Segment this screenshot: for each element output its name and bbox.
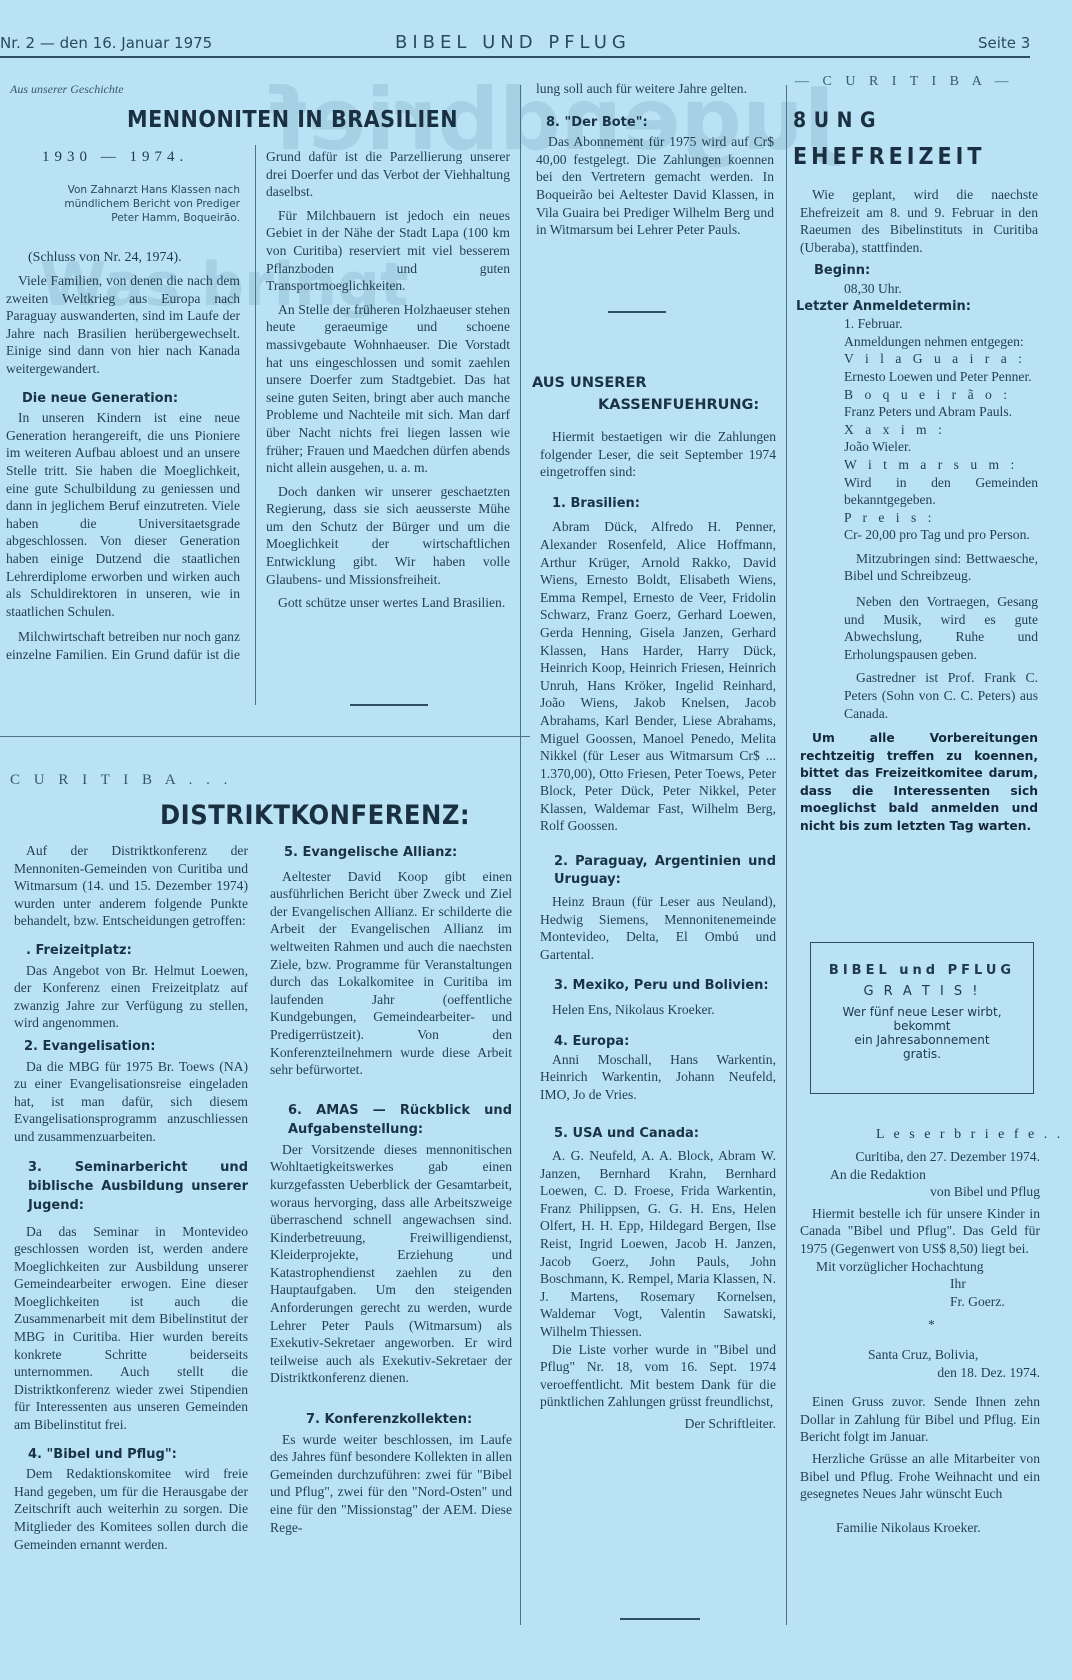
beginn-value: 08,30 Uhr. (844, 280, 1038, 298)
paragraph: Der Vorsitzende dieses mennonitischen Wo… (270, 1141, 512, 1387)
article-end-rule (608, 311, 666, 313)
section-heading: 4. Europa: (554, 1033, 776, 1051)
letter-salutation: von Bibel und Pflug (800, 1183, 1040, 1201)
ad-subtitle: G R A T I S ! (811, 984, 1033, 999)
paragraph: Anni Moschall, Hans Warkentin, Heinrich … (540, 1051, 776, 1104)
paragraph: Das Abonnement für 1975 wird auf Cr$ 40,… (536, 133, 774, 239)
paragraph: Gott schütze unser wertes Land Brasilien… (266, 594, 510, 612)
paragraph: Einen Gruss zuvor. Sende Ihnen zehn Doll… (800, 1393, 1040, 1446)
paragraph: Helen Ens, Nikolaus Kroeker. (540, 1001, 776, 1019)
letter-closing: Ihr (950, 1275, 1040, 1293)
anmelde-value: 1. Februar. (844, 315, 1038, 333)
section-heading: 2. Paraguay, Argentinien und Uruguay: (554, 853, 776, 889)
paragraph: Herzliche Grüsse an alle Mitarbeiter von… (800, 1450, 1040, 1503)
letter-dateline: Curitiba, den 27. Dezember 1974. (800, 1148, 1040, 1166)
letter-separator: * (928, 1316, 1040, 1334)
item-heading: 8. "Der Bote": (546, 114, 774, 132)
section-divider (0, 736, 530, 737)
kicker-geschichte: Aus unserer Geschichte (10, 82, 124, 97)
contact-place: W i t m a r s u m : (844, 456, 1038, 474)
kicker-curitiba: C U R I T I B A . . . (10, 772, 232, 789)
letter-closing: Mit vorzüglicher Hochachtung (816, 1258, 1040, 1276)
paragraph: Da das Seminar in Montevideo geschlossen… (14, 1223, 248, 1434)
distrikt-column-1: Auf der Distriktkonferenz der Mennoniten… (14, 842, 248, 1553)
article-column-2: Grund dafür ist die Parzellierung unsere… (266, 148, 510, 612)
item-heading: . Freizeitplatz: (26, 942, 248, 960)
item-heading: 2. Evangelisation: (24, 1038, 248, 1056)
publication-title: BIBEL UND PFLUG (395, 32, 631, 53)
paragraph: Es wurde weiter beschlossen, im Laufe de… (270, 1431, 512, 1537)
issue-date: Nr. 2 — den 16. Januar 1975 (0, 34, 212, 52)
letter-signature: Familie Nikolaus Kroeker. (836, 1519, 1040, 1537)
contact-names: Ernesto Loewen und Peter Penner. (844, 368, 1038, 386)
item-heading: 5. Evangelische Allianz: (284, 844, 512, 862)
masthead-rule (0, 56, 1030, 58)
section-heading: 1. Brasilien: (552, 495, 776, 513)
section-heading: 5. USA und Canada: (554, 1125, 776, 1143)
kasse-column: Hiermit bestaetigen wir die Zahlungen fo… (540, 428, 776, 1433)
paragraph: Dem Redaktionskomitee wird freie Hand ge… (14, 1465, 248, 1553)
subhead-generation: Die neue Generation: (22, 390, 240, 408)
headline-distriktkonferenz: DISTRIKTKONFERENZ: (160, 800, 470, 831)
article-end-rule (350, 704, 428, 706)
ad-line: bekommt (811, 1019, 1033, 1033)
item-heading: 4. "Bibel und Pflug": (28, 1446, 248, 1464)
paragraph: Abram Dück, Alfredo H. Penner, Alexander… (540, 518, 776, 835)
anmelde-block: 1. Februar. Anmeldungen nehmen entgegen:… (844, 315, 1038, 722)
paragraph: Hiermit bestelle ich für unsere Kinder i… (800, 1205, 1040, 1258)
paragraph: Mitzubringen sind: Bettwaesche, Bibel un… (844, 550, 1038, 585)
headline-ehefreizeit-1: 8 U N G (793, 108, 876, 132)
letter-salutation: An die Redaktion (830, 1166, 1040, 1184)
article-column-1: Viele Familien, von denen die nach dem z… (6, 272, 240, 664)
anmelde-label: Letzter Anmeldetermin: (796, 298, 1038, 316)
distrikt-column-2: 5. Evangelische Allianz: Aeltester David… (270, 844, 512, 1536)
contact-names: Franz Peters und Abram Pauls. (844, 403, 1038, 421)
preis-label: P r e i s : (844, 509, 1038, 527)
item-heading: 6. AMAS — Rückblick und Aufgabenstellung… (288, 1101, 512, 1139)
paragraph: Für Milchbauern ist jedoch ein neues Geb… (266, 207, 510, 295)
contact-place: B o q u e i r ã o : (844, 386, 1038, 404)
paragraph: Wie geplant, wird die naechste Ehefreize… (800, 186, 1038, 256)
item-heading: 7. Konferenzkollekten: (306, 1411, 512, 1429)
paragraph: A. G. Neufeld, A. A. Block, Abram W. Jan… (540, 1147, 776, 1341)
continuation-note: (Schluss von Nr. 24, 1974). (28, 250, 182, 266)
anmelde-note: Anmeldungen nehmen entgegen: (844, 333, 1038, 351)
article-end-rule (620, 1618, 700, 1620)
paragraph: Grund dafür ist die Parzellierung unsere… (266, 148, 510, 201)
headline-ehefreizeit-2: EHEFREIZEIT (793, 144, 985, 170)
preis-value: Cr- 20,00 pro Tag und pro Person. (844, 526, 1038, 544)
headline-kasse-2: KASSENFUEHRUNG: (598, 397, 759, 413)
kicker-curitiba-ehe: — C U R I T I B A — (795, 74, 1014, 90)
letter-place: Santa Cruz, Bolivia, (868, 1346, 1040, 1364)
paragraph: An Stelle der früheren Holzhaeuser stehe… (266, 301, 510, 477)
contact-names: João Wieler. (844, 438, 1038, 456)
paragraph: Milchwirtschaft betreiben nur noch ganz … (6, 628, 240, 664)
ad-line: Wer fünf neue Leser wirbt, (811, 1005, 1033, 1019)
column-divider (255, 145, 256, 705)
ad-line: gratis. (811, 1047, 1033, 1061)
column-divider (786, 85, 787, 1625)
headline-mennoniten: MENNONITEN IN BRASILIEN (127, 107, 458, 133)
paragraph: Da die MBG für 1975 Br. Toews (NA) zu ei… (14, 1058, 248, 1146)
paragraph: Viele Familien, von denen die nach dem z… (6, 272, 240, 378)
anmelde-appeal: Um alle Vorbereitungen rechtzeitig treff… (800, 730, 1038, 835)
paragraph: Das Angebot von Br. Helmut Loewen, der K… (14, 962, 248, 1032)
paragraph: Doch danken wir unserer geschaetzten Reg… (266, 483, 510, 589)
years-range: 1930 — 1974. (42, 149, 188, 166)
ad-line: ein Jahresabonnement (811, 1033, 1033, 1047)
byline: Von Zahnarzt Hans Klassen nach mündliche… (50, 183, 240, 225)
paragraph: Neben den Vortraegen, Gesang und Musik, … (844, 593, 1038, 663)
signature: Der Schriftleiter. (540, 1415, 776, 1433)
contact-place: X a x i m : (844, 421, 1038, 439)
paragraph: Auf der Distriktkonferenz der Mennoniten… (14, 842, 248, 930)
paragraph: lung soll auch für weitere Jahre gelten. (536, 80, 774, 98)
column-divider (520, 85, 521, 1625)
ad-title: BIBEL und PFLUG (811, 963, 1033, 978)
contact-names: Wird in den Gemeinden bekanntgegeben. (844, 474, 1038, 509)
paragraph: Hiermit bestaetigen wir die Zahlungen fo… (540, 428, 776, 481)
paragraph: Gastredner ist Prof. Frank C. Peters (So… (844, 669, 1038, 722)
leserbriefe-column: Curitiba, den 27. Dezember 1974. An die … (800, 1148, 1040, 1536)
letter-date: den 18. Dez. 1974. (800, 1364, 1040, 1382)
contact-place: V i l a G u a i r a : (844, 350, 1038, 368)
distrikt-column-3: lung soll auch für weitere Jahre gelten.… (536, 80, 774, 239)
paragraph: Aeltester David Koop gibt einen ausführl… (270, 868, 512, 1079)
beginn-label: Beginn: (814, 262, 1038, 280)
paragraph: Die Liste vorher wurde in "Bibel und Pfl… (540, 1341, 776, 1411)
section-heading: 3. Mexiko, Peru und Bolivien: (554, 977, 776, 995)
page-number: Seite 3 (978, 34, 1030, 52)
gratis-ad-box: BIBEL und PFLUG G R A T I S ! Wer fünf n… (810, 942, 1034, 1094)
paragraph: Heinz Braun (für Leser aus Neuland), Hed… (540, 893, 776, 963)
item-heading: 3. Seminarbericht und biblische Ausbildu… (28, 1158, 248, 1215)
headline-kasse-1: AUS UNSERER (532, 375, 647, 391)
letter-signature: Fr. Goerz. (950, 1293, 1040, 1311)
paragraph: In unseren Kindern ist eine neue Generat… (6, 409, 240, 620)
ehefreizeit-column: Wie geplant, wird die naechste Ehefreize… (800, 186, 1038, 835)
